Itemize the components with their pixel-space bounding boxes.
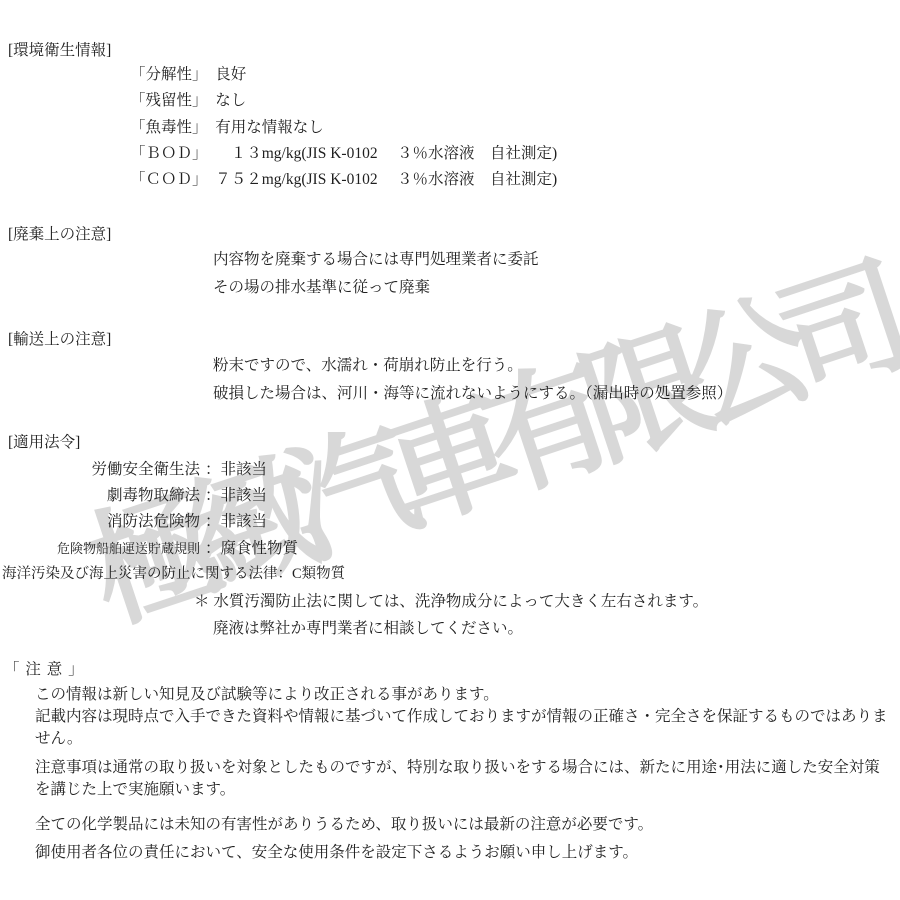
disposal-item: その場の排水基準に従って廃棄 bbox=[213, 274, 539, 302]
law-marine-pollution-line: 海洋汚染及び海上災害の防止に関する法律：C類物質 bbox=[2, 562, 345, 583]
water-pollution-note: ＊ 水質汚濁防止法に関しては、洗浄物成分によって大きく左右されます。 bbox=[194, 589, 708, 611]
notice-paragraph: 御使用者各位の責任において、安全な使用条件を設定下さるようお願い申し上げます。 bbox=[35, 842, 891, 864]
env-item-fish-toxicity: 「魚毒性」 有用な情報なし bbox=[130, 115, 557, 141]
transport-list: 粉末ですので、水濡れ・荷崩れ防止を行う。 破損した場合は、河川・海等に流れないよ… bbox=[213, 352, 732, 408]
notice-paragraph: 注意事項は通常の取り扱いを対象としたものですが、特別な取り扱いをする場合には、新… bbox=[35, 757, 891, 800]
transport-item: 粉末ですので、水濡れ・荷崩れ防止を行う。 bbox=[213, 352, 732, 380]
law-name: 劇毒物取締法 bbox=[0, 483, 200, 505]
disposal-heading: [廃棄上の注意] bbox=[8, 222, 111, 244]
law-row-industrial-safety: 労働安全衛生法 ：非該当 bbox=[0, 457, 267, 479]
env-item-cod: 「ＣＯＤ」 ７５２mg/kg(JIS K-0102 ３％水溶液 自社測定) bbox=[130, 167, 557, 193]
document-content: [環境衛生情報] 「分解性」 良好 「残留性」 なし 「魚毒性」 有用な情報なし… bbox=[0, 0, 900, 900]
transport-item: 破損した場合は、河川・海等に流れないようにする。（漏出時の処置参照） bbox=[213, 380, 732, 408]
transport-heading: [輸送上の注意] bbox=[8, 327, 111, 349]
notice-paragraph: 全ての化学製品には未知の有害性がありうるため、取り扱いには最新の注意が必要です。 bbox=[35, 814, 891, 836]
env-item-bod: 「ＢＯＤ」 １３mg/kg(JIS K-0102 ３％水溶液 自社測定) bbox=[130, 141, 557, 167]
env-item-persistence: 「残留性」 なし bbox=[130, 88, 557, 114]
notice-paragraph: この情報は新しい知見及び試験等により改正される事があります。 bbox=[35, 684, 891, 706]
notice-paragraph: 記載内容は現時点で入手できた資料や情報に基づいて作成しておりますが情報の正確さ・… bbox=[35, 706, 891, 749]
disposal-list: 内容物を廃棄する場合には専門処理業者に委託 その場の排水基準に従って廃棄 bbox=[213, 246, 539, 302]
law-row-ship-transport: 危険物船舶運送貯蔵規則 ：腐食性物質 bbox=[0, 536, 298, 558]
notice-heading: 「 注 意 」 bbox=[4, 657, 85, 679]
law-name: 消防法危険物 bbox=[0, 509, 200, 531]
law-value: ：非該当 bbox=[205, 483, 267, 505]
waste-liquid-note: 廃液は弊社か専門業者に相談してください。 bbox=[213, 616, 523, 638]
law-value: ：腐食性物質 bbox=[205, 536, 298, 558]
law-row-poisonous-substances: 劇毒物取締法 ：非該当 bbox=[0, 483, 267, 505]
law-value: ：非該当 bbox=[205, 509, 267, 531]
law-name: 労働安全衛生法 bbox=[0, 457, 200, 479]
disposal-item: 内容物を廃棄する場合には専門処理業者に委託 bbox=[213, 246, 539, 274]
document-page: 極緻汽車有限公司 [環境衛生情報] 「分解性」 良好 「残留性」 なし 「魚毒性… bbox=[0, 0, 900, 900]
law-name: 危険物船舶運送貯蔵規則 bbox=[0, 538, 200, 557]
env-info-list: 「分解性」 良好 「残留性」 なし 「魚毒性」 有用な情報なし 「ＢＯＤ」 １３… bbox=[130, 62, 557, 193]
law-row-fire-service: 消防法危険物 ：非該当 bbox=[0, 509, 267, 531]
law-value: ：非該当 bbox=[205, 457, 267, 479]
env-item-degradability: 「分解性」 良好 bbox=[130, 62, 557, 88]
applicable-laws-heading: [適用法令] bbox=[8, 430, 80, 452]
env-info-heading: [環境衛生情報] bbox=[8, 38, 111, 60]
